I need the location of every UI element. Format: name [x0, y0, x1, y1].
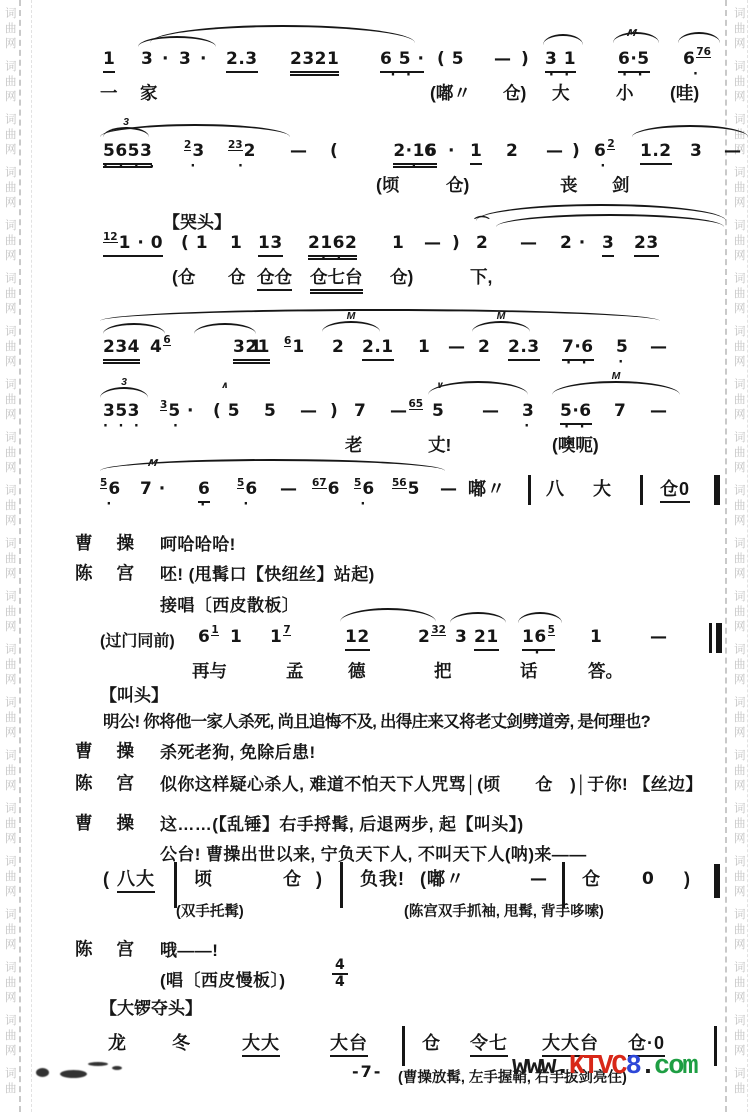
note-token: 12 [345, 626, 370, 651]
lyric-token: 大 [552, 82, 570, 104]
watermark-char: 网 [734, 197, 746, 209]
watermark-char: 曲 [5, 871, 17, 883]
octave-dots: · [237, 502, 258, 507]
note-token: 7 [354, 400, 366, 422]
octave-dots: · · [618, 73, 650, 78]
watermark-char: 词 [734, 379, 746, 391]
watermark-char: 曲 [5, 659, 17, 671]
watermark-char: 词 [5, 485, 17, 497]
slur-arc: 3 [100, 387, 148, 398]
note-token: — [650, 626, 668, 648]
ink-smudge [36, 1068, 49, 1077]
note-text: 6 [198, 478, 210, 500]
watermark-char: 网 [5, 833, 17, 845]
octave-dots: · [198, 503, 210, 508]
watermark-char: 词 [5, 856, 17, 868]
grace-notes: 32 [431, 625, 446, 636]
watermark-char: 词 [5, 962, 17, 974]
octave-dots: · [616, 360, 628, 365]
watermark-char: 网 [734, 886, 746, 898]
note-text: — [530, 868, 548, 890]
note-text: 仓 [283, 868, 302, 890]
watermark-char: 曲 [5, 288, 17, 300]
watermark-char: 词 [734, 803, 746, 815]
note-token: — [280, 478, 298, 500]
grace-notes: 6 [163, 335, 170, 346]
watermark-char: 词 [734, 909, 746, 921]
octave-dots: · [100, 502, 121, 507]
slur-arc [632, 125, 748, 137]
dialog-text: 公台! 曹操出世以来, 宁负天下人, 不叫天下人(呐)来—— [160, 840, 587, 865]
note-token: 大台 [330, 1032, 368, 1057]
watermark-char: 网 [734, 833, 746, 845]
page-number: -7- [352, 1062, 382, 1081]
watermark-char: 网 [5, 250, 17, 262]
note-token: 1 [418, 336, 430, 358]
note-token: 676 [312, 478, 340, 500]
note-text: 0 [642, 868, 654, 890]
watermark-char: 网 [5, 568, 17, 580]
note-token: 56· [237, 478, 258, 500]
watermark-char: 曲 [734, 1083, 746, 1095]
octave-dots: · · [562, 361, 594, 366]
note-token: 3 [179, 48, 191, 70]
note-text: 仓0 [660, 478, 690, 500]
watermark-char: 曲 [734, 553, 746, 565]
watermark-char: 词 [734, 273, 746, 285]
watermark-char: 网 [734, 356, 746, 368]
stage-annotation: (双手托髯) [176, 900, 244, 921]
note-text: 1 · 0 [119, 232, 163, 254]
watermark-char: 曲 [734, 818, 746, 830]
watermark-char: 网 [734, 1045, 746, 1057]
note-text: 负我! [360, 868, 405, 890]
note-text: · [448, 140, 455, 162]
slur-arc [100, 309, 660, 321]
ink-smudge [112, 1066, 122, 1070]
ornament-label: 3 [121, 376, 127, 388]
slur-arc [518, 612, 562, 623]
note-text: 6 [424, 140, 436, 162]
speaker-name: 曹操 [75, 738, 158, 763]
note-token: 232 [418, 626, 446, 648]
note-token: 冬 [172, 1032, 191, 1054]
watermark-char: 曲 [5, 924, 17, 936]
watermark-char: 词 [734, 1015, 746, 1027]
watermark-char: 曲 [734, 712, 746, 724]
watermark-char: 网 [734, 250, 746, 262]
note-text: — [520, 232, 538, 254]
note-text: 令七 [470, 1032, 508, 1054]
watermark-char: 词 [5, 591, 17, 603]
watermark-char: 词 [734, 750, 746, 762]
octave-dots: · [683, 72, 711, 77]
note-text: ( 5 [213, 400, 240, 422]
note-text: 2321 [290, 48, 339, 70]
watermark-char: 词 [734, 432, 746, 444]
note-token: 2 [332, 336, 344, 358]
site-watermark-segment: 8 [626, 1052, 640, 1082]
note-token: 顷 [194, 868, 213, 890]
slur-arc: M [472, 321, 530, 332]
lyric-token: 老 [345, 434, 363, 456]
watermark-char: 曲 [5, 235, 17, 247]
watermark-char: 网 [5, 992, 17, 1004]
note-text: 大台 [330, 1032, 368, 1054]
note-text: — [440, 478, 458, 500]
slur-arc [678, 32, 720, 43]
lyric-token: 再与 [192, 660, 227, 682]
lyric-token: 一 [100, 82, 118, 104]
note-text: 4 [150, 336, 162, 358]
note-token: 3 [455, 626, 467, 648]
ornament-mark: M [145, 453, 159, 475]
note-token: 2 [478, 336, 490, 358]
speaker-name: 陈宫 [75, 560, 158, 585]
note-token: 62· [594, 140, 615, 162]
stage-annotation: (陈宫双手抓袖, 甩髯, 背手哆嗦) [404, 900, 604, 921]
watermark-char: 曲 [5, 341, 17, 353]
note-text: ( 1 [181, 232, 208, 254]
watermark-char: 词 [734, 697, 746, 709]
site-watermark-segment: KTVC [569, 1052, 626, 1082]
watermark-char: 词 [5, 167, 17, 179]
note-text: 仓·0 [628, 1032, 665, 1054]
site-watermark-segment: . [640, 1052, 654, 1082]
note-text: (嘟〃 [420, 868, 465, 890]
note-text: ) [521, 48, 529, 70]
qupai-label: 【叫头】 [100, 681, 168, 706]
note-text: — [448, 336, 466, 358]
barline [714, 475, 720, 505]
note-token: 嘟〃 [468, 478, 506, 500]
time-signature: 44 [332, 958, 348, 989]
note-token: 13 [258, 232, 283, 257]
watermark-char: 曲 [734, 23, 746, 35]
note-text: 3 [179, 48, 191, 70]
octave-dots: · [393, 165, 437, 170]
watermark-char: 网 [5, 727, 17, 739]
note-token: 2162· · [308, 232, 357, 257]
note-text: ( [103, 868, 110, 890]
note-text: 1.2 [640, 140, 672, 162]
note-token: 1 [250, 336, 262, 358]
grace-notes: 5 [354, 478, 361, 489]
note-token: 2 · [560, 232, 586, 254]
grace-notes: 56 [392, 478, 407, 489]
watermark-char: 网 [5, 1045, 17, 1057]
note-text: 5 [264, 400, 276, 422]
watermark-char: 网 [734, 727, 746, 739]
lyric-token: 把 [434, 660, 452, 682]
system-prefix: (过门同前) [100, 628, 175, 651]
note-token: · [162, 48, 169, 70]
note-text: 5653 [103, 140, 152, 162]
watermark-char: 曲 [734, 235, 746, 247]
note-token: ∧( 5 [213, 400, 240, 422]
note-token: 3 [602, 232, 614, 257]
watermark-char: 曲 [5, 182, 17, 194]
dialog-text: 哦——! [160, 936, 218, 961]
note-token: (嘟〃 [420, 868, 465, 890]
note-text: — [546, 140, 564, 162]
watermark-char: 曲 [5, 553, 17, 565]
ink-smudge [88, 1062, 108, 1066]
note-text: — [290, 140, 308, 162]
note-token: · [448, 140, 455, 162]
note-text: 7·6 [562, 336, 594, 358]
note-token: 2.3 [508, 336, 540, 361]
site-watermark-segment: com [654, 1052, 697, 1082]
note-token: ) [684, 868, 691, 890]
watermark-char: 网 [5, 780, 17, 792]
ornament-label: M [612, 370, 621, 382]
lyric-token: 仓) [390, 266, 413, 288]
lyric-token: 仓 [228, 266, 246, 288]
note-token: — [650, 400, 668, 422]
watermark-char: 词 [5, 326, 17, 338]
watermark-char: 网 [734, 992, 746, 1004]
note-text: — [390, 400, 408, 422]
note-text: 3 [690, 140, 702, 162]
note-text: 1 [230, 626, 242, 648]
lyric-token: 小 [616, 82, 634, 104]
note-token: 1 [230, 626, 242, 648]
note-token: 234 [103, 336, 140, 361]
note-token: 5·6· · [560, 400, 592, 425]
note-token: ) [572, 140, 580, 162]
octave-dots: · · [560, 425, 592, 430]
octave-dots: · · [545, 73, 576, 78]
note-text: 6 5 · [380, 48, 424, 70]
note-token: 5· [616, 336, 628, 358]
watermark-char: 词 [734, 167, 746, 179]
note-text: 7 · [140, 478, 166, 500]
watermark-char: 词 [734, 61, 746, 73]
note-text: 1 [230, 232, 242, 254]
lyric-token: 孟 [286, 660, 304, 682]
note-text: 2 · [560, 232, 586, 254]
note-text: 13 [258, 232, 283, 254]
note-text: 嘟〃 [468, 478, 506, 500]
note-token: 大 [593, 478, 612, 500]
note-token: 21 [474, 626, 499, 651]
watermark-char: 网 [5, 303, 17, 315]
note-token: ) [316, 868, 323, 890]
slur-arc [543, 34, 583, 45]
note-token: 3 [690, 140, 702, 162]
lyric-token: (嘟〃 [430, 82, 471, 104]
watermark-char: 词 [5, 220, 17, 232]
lyric-token: (仓 [172, 266, 195, 288]
note-token: — [724, 140, 742, 162]
note-token: 1 [392, 232, 404, 254]
note-text: — [650, 626, 668, 648]
dialog-text: 这……(【乱锤】右手捋髯, 后退两步, 起【叫头】) [160, 810, 524, 835]
note-token: 46 [150, 336, 171, 358]
dialog-text: 杀死老狗, 免除后患! [160, 738, 316, 763]
grace-notes: 2 [607, 139, 614, 150]
note-text: 2.1 [362, 336, 394, 358]
note-text: ( [330, 140, 338, 162]
grace-notes: 5 [100, 478, 107, 489]
note-text: 1 [292, 336, 304, 358]
note-text: 3 1 [545, 48, 576, 70]
note-text: 23 [634, 232, 659, 254]
watermark-char: 网 [734, 91, 746, 103]
lyric-token: (噢呃) [552, 434, 599, 456]
note-token: 1 [590, 626, 602, 648]
watermark-char: 曲 [734, 182, 746, 194]
watermark-char: 词 [734, 326, 746, 338]
note-token: 6· [198, 478, 210, 503]
note-token: M6·5· · [618, 48, 650, 73]
note-text: ) [684, 868, 691, 890]
note-text: 1 [270, 626, 282, 648]
watermark-char: 词 [5, 273, 17, 285]
note-token: 龙 [108, 1032, 127, 1054]
watermark-char: 网 [734, 515, 746, 527]
note-token: 0 [642, 868, 654, 890]
barline [402, 1026, 405, 1066]
note-token: 6 5 ·· · [380, 48, 424, 73]
note-token: 大大 [242, 1032, 280, 1057]
margin-dashed-line [31, 0, 32, 1112]
note-text: 6 [328, 478, 340, 500]
note-token: 7 [614, 400, 626, 422]
site-watermark: www.KTVC8.com [512, 1052, 697, 1082]
note-text: 21 [474, 626, 499, 648]
note-text: 2 [476, 232, 488, 254]
note-text: 3 [455, 626, 467, 648]
lyric-token: 仓) [446, 174, 469, 196]
note-token: ⌒2 [476, 232, 488, 254]
grace-notes: 6 [284, 336, 291, 347]
note-token: 6 [424, 140, 436, 162]
note-token: ) [521, 48, 529, 70]
speaker-name: 陈宫 [75, 770, 158, 795]
watermark-char: 曲 [5, 1030, 17, 1042]
watermark-char: 曲 [5, 977, 17, 989]
grace-notes: 76 [696, 47, 711, 58]
barline [714, 864, 720, 898]
note-token: 165· [522, 626, 555, 651]
note-token: 仓0 [660, 478, 690, 503]
slur-arc: M [552, 381, 680, 395]
watermark-char: 曲 [5, 76, 17, 88]
note-token: 3 [141, 48, 153, 70]
qupai-label: 【哭头】 [163, 208, 231, 233]
note-token: 3· [522, 400, 534, 422]
note-text: 2.3 [508, 336, 540, 358]
watermark-char: 词 [734, 485, 746, 497]
watermark-char: 曲 [5, 818, 17, 830]
grace-notes: 67 [312, 478, 327, 489]
note-text: 2.3 [226, 48, 258, 70]
ornament-label: M [497, 310, 506, 322]
note-text: — [494, 48, 512, 70]
watermark-char: 曲 [734, 1030, 746, 1042]
watermark-char: 词 [5, 1015, 17, 1027]
ink-smudge [60, 1070, 87, 1078]
note-text: 龙 [108, 1032, 127, 1054]
grace-notes: 1 [211, 625, 218, 636]
watermark-char: 词 [5, 909, 17, 921]
watermark-char: 词 [734, 591, 746, 603]
lyric-token: (哇) [670, 82, 699, 104]
watermark-char: 词 [734, 8, 746, 20]
watermark-char: 曲 [5, 712, 17, 724]
note-text: 顷 [194, 868, 213, 890]
note-token: ) [452, 232, 460, 254]
octave-dots: · · · · [103, 165, 152, 170]
watermark-char: 网 [734, 568, 746, 580]
note-text: 八大 [117, 868, 155, 890]
watermark-char: 网 [5, 38, 17, 50]
grace-notes: 65 [409, 399, 424, 410]
note-text: 1 [590, 626, 602, 648]
slur-arc: M [322, 321, 380, 332]
note-token: 1 [230, 232, 242, 254]
note-token: 2.3 [226, 48, 258, 73]
barline [640, 475, 643, 505]
note-text: 5·6 [560, 400, 592, 422]
watermark-char: 词 [734, 538, 746, 550]
note-token: — [448, 336, 466, 358]
note-token: 2 [506, 140, 518, 162]
note-token: 八 [546, 478, 565, 500]
watermark-char: 网 [5, 515, 17, 527]
qupai-label: 【大锣夺头】 [100, 994, 202, 1019]
note-token: —65 [390, 400, 423, 422]
note-text: 1 [470, 140, 482, 162]
note-text: ( 5 [437, 48, 464, 70]
watermark-char: 网 [5, 621, 17, 633]
slur-arc [150, 25, 415, 43]
octave-dots: · [522, 424, 534, 429]
note-text: 2 [478, 336, 490, 358]
note-text: 6·5 [618, 48, 650, 70]
watermark-char: 词 [5, 8, 17, 20]
watermark-char: 词 [5, 750, 17, 762]
note-token: 1 [103, 48, 115, 73]
note-token: 23 [634, 232, 659, 257]
note-token: 61 [284, 336, 305, 358]
note-text: 3 [141, 48, 153, 70]
slur-arc [450, 612, 506, 623]
grace-notes: 7 [283, 625, 290, 636]
watermark-char: 词 [5, 61, 17, 73]
note-text: 1 [250, 336, 262, 358]
note-token: 56· [354, 478, 375, 500]
lyric-token: 仓) [503, 82, 526, 104]
note-token: 1.2 [640, 140, 672, 165]
note-token: M7 · [140, 478, 166, 500]
speaker-name: 陈宫 [75, 936, 158, 961]
octave-dots: · [594, 164, 615, 169]
lyric-token: 丧 [560, 174, 578, 196]
watermark-char: 词 [5, 644, 17, 656]
ornament-mark: ∧ [219, 375, 231, 397]
note-token: 5653· · · · [103, 140, 152, 165]
note-text: 2 [506, 140, 518, 162]
note-token: — [440, 478, 458, 500]
watermark-char: 曲 [734, 341, 746, 353]
note-token: 565 [392, 478, 420, 500]
dialog-text: 接唱〔西皮散板〕 [160, 591, 299, 616]
watermark-char: 曲 [734, 447, 746, 459]
note-text: — [650, 400, 668, 422]
